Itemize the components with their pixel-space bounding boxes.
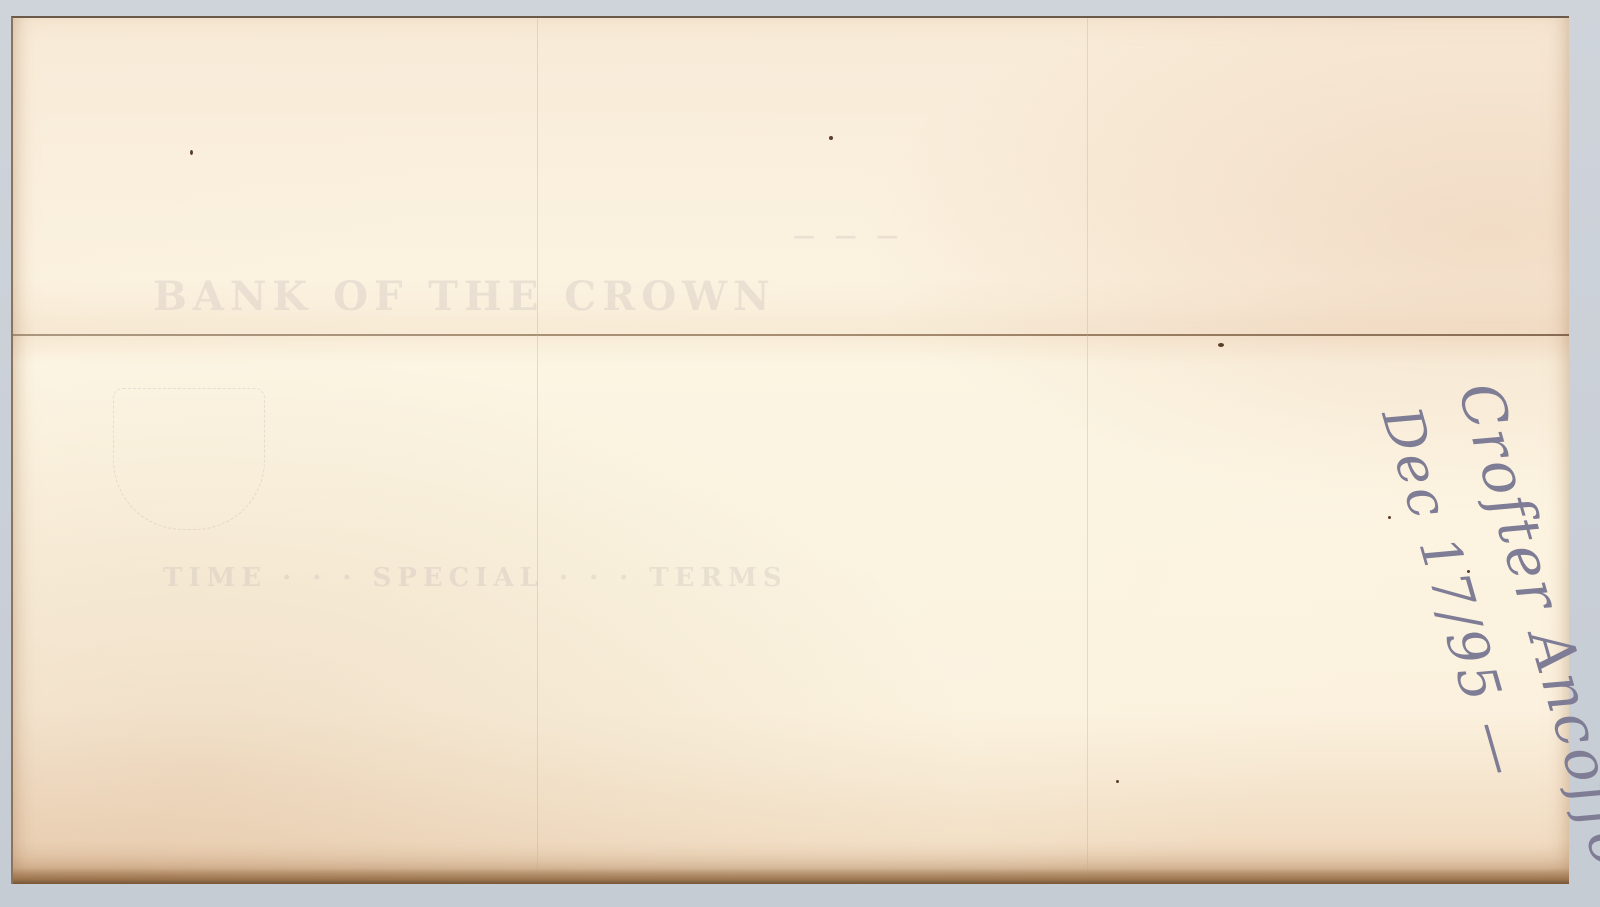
paper-sheet: BANK OF THE CROWN — — — TIME · · · SPECI… bbox=[11, 16, 1569, 884]
water-stain-bottom-edge bbox=[13, 868, 1569, 884]
vertical-fold-crease-left bbox=[537, 18, 538, 884]
vertical-fold-crease-right bbox=[1087, 18, 1088, 884]
ink-speck bbox=[829, 136, 833, 140]
handwritten-docket: Crofter Ancoffo Dec 17/95 — bbox=[1360, 370, 1560, 850]
horizontal-fold-crease bbox=[13, 334, 1569, 336]
show-through-heading: BANK OF THE CROWN bbox=[153, 273, 776, 320]
show-through-seal bbox=[113, 388, 265, 530]
show-through-lower-line: TIME · · · SPECIAL · · · TERMS bbox=[163, 563, 788, 593]
show-through-subheading: — — — bbox=[793, 223, 904, 249]
ink-speck bbox=[1218, 343, 1224, 347]
ink-speck bbox=[190, 150, 193, 155]
ink-speck bbox=[1116, 780, 1119, 783]
